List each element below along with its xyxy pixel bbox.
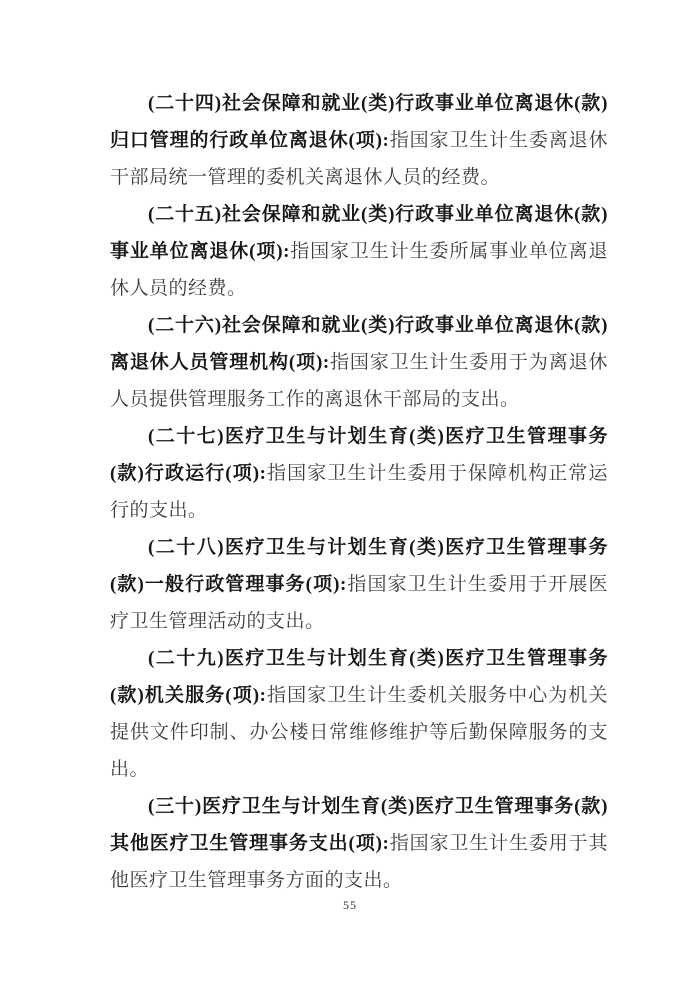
paragraph: (二十七)医疗卫生与计划生育(类)医疗卫生管理事务(款)行政运行(项):指国家卫… — [110, 418, 608, 529]
paragraph: (三十)医疗卫生与计划生育(类)医疗卫生管理事务(款)其他医疗卫生管理事务支出(… — [110, 788, 608, 899]
document-body: (二十四)社会保障和就业(类)行政事业单位离退休(款)归口管理的行政单位离退休(… — [110, 85, 608, 899]
paragraph: (二十六)社会保障和就业(类)行政事业单位离退休(款)离退休人员管理机构(项):… — [110, 307, 608, 418]
paragraph: (二十八)医疗卫生与计划生育(类)医疗卫生管理事务(款)一般行政管理事务(项):… — [110, 529, 608, 640]
page-number: 55 — [0, 898, 700, 913]
document-page: (二十四)社会保障和就业(类)行政事业单位离退休(款)归口管理的行政单位离退休(… — [0, 0, 700, 989]
paragraph: (二十九)医疗卫生与计划生育(类)医疗卫生管理事务(款)机关服务(项):指国家卫… — [110, 640, 608, 788]
paragraph: (二十五)社会保障和就业(类)行政事业单位离退休(款)事业单位离退休(项):指国… — [110, 196, 608, 307]
paragraph: (二十四)社会保障和就业(类)行政事业单位离退休(款)归口管理的行政单位离退休(… — [110, 85, 608, 196]
